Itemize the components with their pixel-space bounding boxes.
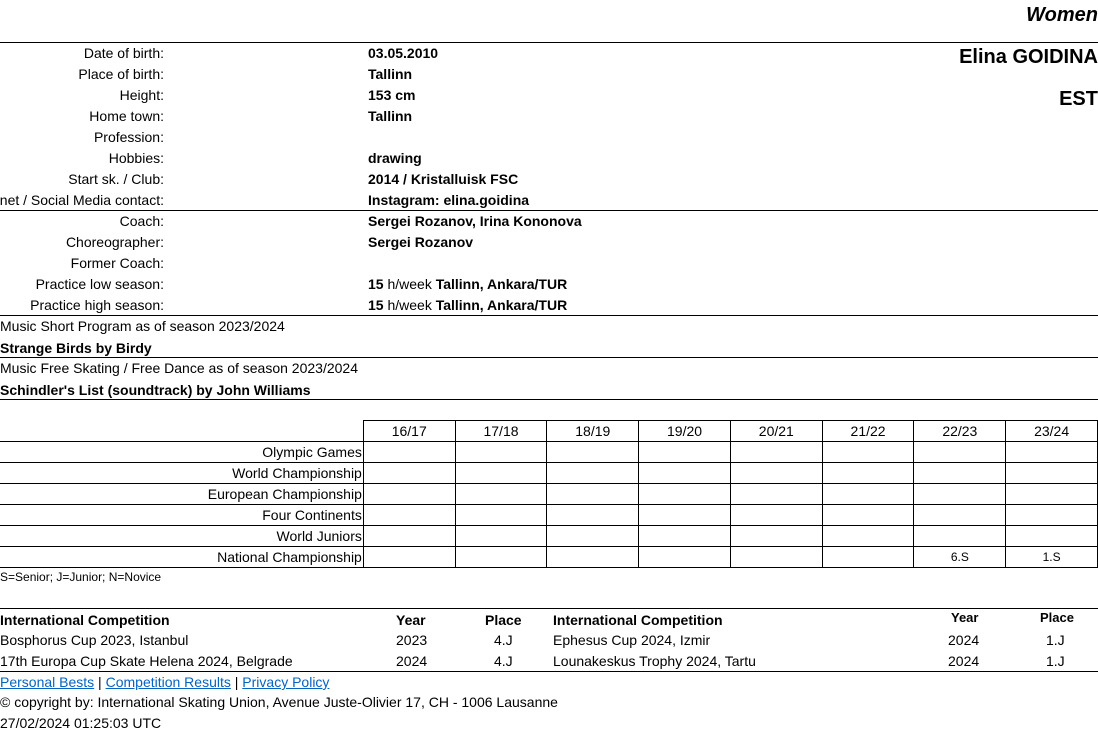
result-cell — [1006, 463, 1098, 484]
ic-competition: Lounakeskus Trophy 2024, Tartu — [553, 651, 756, 672]
result-cell — [822, 442, 914, 463]
skater-name: Elina GOIDINA — [959, 46, 1098, 69]
ic-place: 1.J — [1046, 630, 1065, 651]
result-cell — [822, 547, 914, 568]
result-cell — [639, 505, 731, 526]
ic-header-year: Year — [951, 608, 978, 628]
result-cell — [363, 505, 455, 526]
result-cell — [363, 526, 455, 547]
training-row-coach: Coach: Sergei Rozanov, Irina Kononova — [0, 211, 900, 232]
practice-value: 15 h/week Tallinn, Ankara/TUR — [368, 274, 567, 295]
level-legend: S=Senior; J=Junior; N=Novice — [0, 570, 161, 584]
category-title: Women — [1026, 4, 1098, 27]
result-cell — [730, 484, 822, 505]
training-row-choreographer: Choreographer: Sergei Rozanov — [0, 232, 900, 253]
ic-header-place: Place — [1040, 608, 1074, 628]
copyright-text: © copyright by: International Skating Un… — [0, 694, 558, 710]
event-name: Olympic Games — [0, 442, 363, 463]
result-cell — [730, 442, 822, 463]
bio-value: Tallinn — [368, 64, 412, 85]
training-value: Sergei Rozanov, Irina Kononova — [368, 211, 582, 232]
result-cell — [1006, 484, 1098, 505]
bio-value: 153 cm — [368, 85, 415, 106]
practice-label: Practice low season: — [36, 274, 164, 295]
ic-year: 2024 — [948, 651, 979, 672]
result-cell — [363, 442, 455, 463]
result-cell — [455, 484, 547, 505]
result-cell — [639, 484, 731, 505]
result-cell — [363, 463, 455, 484]
ic-place: 4.J — [494, 651, 513, 672]
season-header: 18/19 — [547, 421, 639, 442]
event-name: National Championship — [0, 547, 363, 568]
bio-value: 03.05.2010 — [368, 43, 438, 64]
event-name: Four Continents — [0, 505, 363, 526]
result-cell — [363, 484, 455, 505]
ic-header-place: Place — [485, 610, 522, 630]
result-cell — [455, 505, 547, 526]
divider — [0, 671, 1098, 672]
bio-row-date-of-birth: Date of birth: 03.05.2010 — [0, 43, 900, 64]
bio-label: Place of birth: — [78, 64, 164, 85]
bio-row-hobbies: Hobbies: drawing — [0, 148, 900, 169]
bio-row-start-club: Start sk. / Club: 2014 / Kristalluisk FS… — [0, 169, 900, 190]
result-cell — [455, 442, 547, 463]
ic-year: 2024 — [396, 651, 427, 672]
result-cell — [1006, 442, 1098, 463]
result-cell — [455, 463, 547, 484]
result-cell: 1.S — [1006, 547, 1098, 568]
result-cell — [639, 463, 731, 484]
season-header: 20/21 — [730, 421, 822, 442]
season-header: 17/18 — [455, 421, 547, 442]
music-free-heading: Music Free Skating / Free Dance as of se… — [0, 358, 358, 379]
result-cell — [639, 547, 731, 568]
season-header: 23/24 — [1006, 421, 1098, 442]
season-header: 16/17 — [363, 421, 455, 442]
championship-row: Olympic Games — [0, 442, 1098, 463]
practice-value: 15 h/week Tallinn, Ankara/TUR — [368, 295, 567, 316]
training-label: Choreographer: — [66, 232, 164, 253]
generated-timestamp: 27/02/2024 01:25:03 UTC — [0, 715, 161, 731]
result-cell — [639, 526, 731, 547]
ic-header-competition: International Competition — [0, 610, 170, 630]
result-cell — [547, 526, 639, 547]
result-cell — [363, 547, 455, 568]
result-cell — [822, 463, 914, 484]
practice-hours: 15 — [368, 276, 384, 292]
privacy-policy-link[interactable]: Privacy Policy — [242, 674, 329, 690]
bio-row-home-town: Home town: Tallinn — [0, 106, 900, 127]
season-header-row: 16/1717/1818/1919/2020/2121/2222/2323/24 — [0, 421, 1098, 442]
bio-label: Hobbies: — [109, 148, 164, 169]
championship-row: National Championship6.S1.S — [0, 547, 1098, 568]
divider — [0, 608, 1098, 609]
bio-value: Instagram: elina.goidina — [368, 190, 529, 211]
bio-label: Date of birth: — [84, 43, 164, 64]
result-cell — [730, 547, 822, 568]
training-row-former-coach: Former Coach: — [0, 253, 900, 274]
bio-row-place-of-birth: Place of birth: Tallinn — [0, 64, 900, 85]
skater-nation: EST — [1059, 88, 1098, 111]
ic-competition: Ephesus Cup 2024, Izmir — [553, 630, 710, 651]
result-cell — [730, 463, 822, 484]
practice-unit: h/week — [384, 297, 436, 313]
practice-location: Tallinn, Ankara/TUR — [436, 297, 567, 313]
result-cell — [1006, 526, 1098, 547]
result-cell — [547, 547, 639, 568]
bio-value: Tallinn — [368, 106, 412, 127]
practice-hours: 15 — [368, 297, 384, 313]
result-cell — [822, 505, 914, 526]
result-cell — [547, 442, 639, 463]
result-cell — [914, 505, 1006, 526]
practice-location: Tallinn, Ankara/TUR — [436, 276, 567, 292]
link-separator: | — [231, 674, 242, 690]
ic-place: 1.J — [1046, 651, 1065, 672]
season-header: 19/20 — [639, 421, 731, 442]
event-name: European Championship — [0, 484, 363, 505]
training-label: Coach: — [120, 211, 164, 232]
footer-links: Personal Bests | Competition Results | P… — [0, 674, 329, 690]
season-header: 22/23 — [914, 421, 1006, 442]
result-cell — [914, 526, 1006, 547]
result-cell — [547, 484, 639, 505]
championship-row: European Championship — [0, 484, 1098, 505]
music-free-title: Schindler's List (soundtrack) by John Wi… — [0, 380, 310, 401]
practice-row-low-season: Practice low season: 15 h/week Tallinn, … — [0, 274, 900, 295]
bio-row-height: Height: 153 cm — [0, 85, 900, 106]
bio-label: Internet / Social Media contact: — [0, 190, 164, 211]
music-short-title: Strange Birds by Birdy — [0, 338, 152, 359]
practice-unit: h/week — [384, 276, 436, 292]
personal-bests-link[interactable]: Personal Bests — [0, 674, 94, 690]
result-cell — [547, 463, 639, 484]
result-cell — [822, 484, 914, 505]
result-cell — [455, 547, 547, 568]
result-cell — [914, 442, 1006, 463]
bio-label: Profession: — [94, 127, 164, 148]
header-spacer — [0, 421, 363, 442]
result-cell — [914, 484, 1006, 505]
result-cell — [730, 526, 822, 547]
result-cell — [730, 505, 822, 526]
music-short-heading: Music Short Program as of season 2023/20… — [0, 316, 285, 337]
training-value: Sergei Rozanov — [368, 232, 473, 253]
divider — [0, 399, 1098, 400]
championship-results-table: 16/1717/1818/1919/2020/2121/2222/2323/24… — [0, 420, 1098, 568]
championship-row: Four Continents — [0, 505, 1098, 526]
training-label: Former Coach: — [71, 253, 164, 274]
season-header: 21/22 — [822, 421, 914, 442]
result-cell — [822, 526, 914, 547]
result-cell — [547, 505, 639, 526]
link-separator: | — [94, 674, 105, 690]
bio-value: drawing — [368, 148, 422, 169]
ic-competition: 17th Europa Cup Skate Helena 2024, Belgr… — [0, 651, 293, 672]
bio-value: 2014 / Kristalluisk FSC — [368, 169, 518, 190]
bio-label: Start sk. / Club: — [68, 169, 164, 190]
bio-row-profession: Profession: — [0, 127, 900, 148]
practice-row-high-season: Practice high season: 15 h/week Tallinn,… — [0, 295, 900, 316]
championship-row: World Juniors — [0, 526, 1098, 547]
event-name: World Championship — [0, 463, 363, 484]
event-name: World Juniors — [0, 526, 363, 547]
ic-header-year: Year — [396, 610, 426, 630]
result-cell: 6.S — [914, 547, 1006, 568]
ic-year: 2024 — [948, 630, 979, 651]
bio-row-social-media: Internet / Social Media contact: Instagr… — [0, 190, 900, 211]
result-cell — [639, 442, 731, 463]
bio-label: Height: — [120, 85, 164, 106]
ic-competition: Bosphorus Cup 2023, Istanbul — [0, 630, 188, 651]
championship-row: World Championship — [0, 463, 1098, 484]
result-cell — [1006, 505, 1098, 526]
ic-place: 4.J — [494, 630, 513, 651]
ic-header-competition: International Competition — [553, 610, 723, 630]
practice-label: Practice high season: — [30, 295, 164, 316]
bio-label: Home town: — [89, 106, 164, 127]
competition-results-link[interactable]: Competition Results — [106, 674, 231, 690]
result-cell — [455, 526, 547, 547]
ic-year: 2023 — [396, 630, 427, 651]
result-cell — [914, 463, 1006, 484]
